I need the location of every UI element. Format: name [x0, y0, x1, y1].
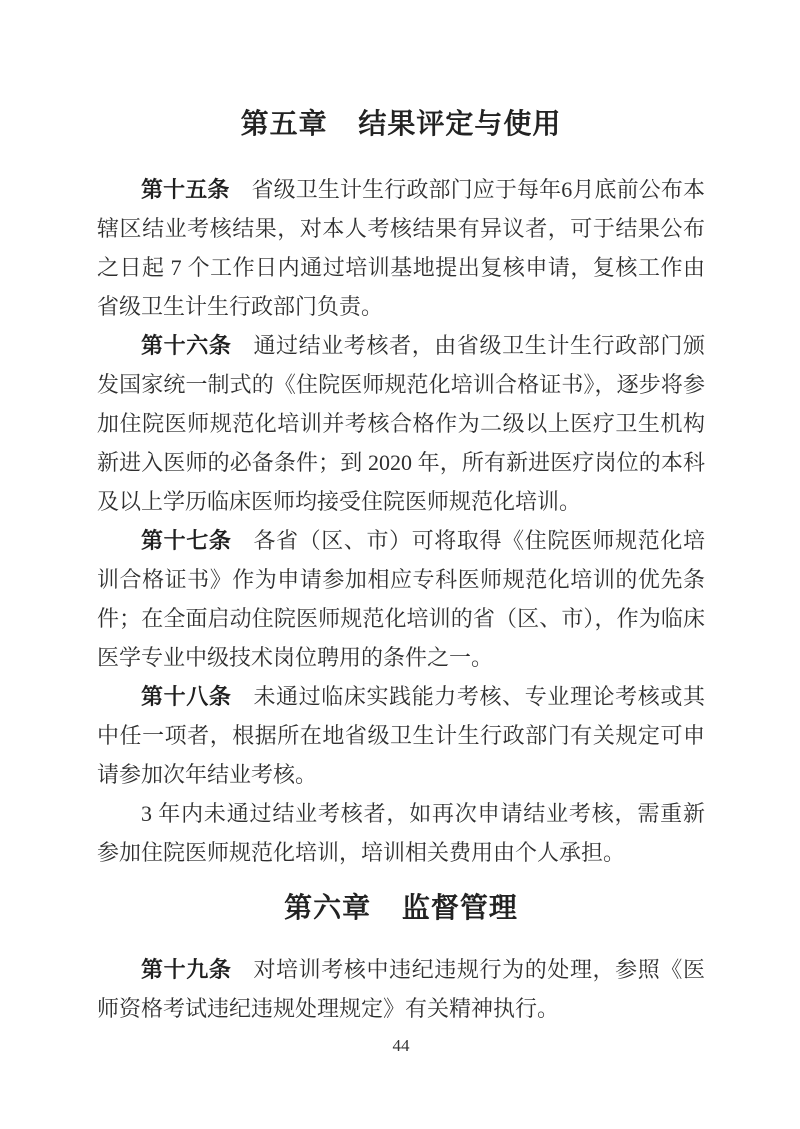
chapter-6-section: 第六章监督管理 第十九条对培训考核中违纪违规行为的处理，参照《医师资格考试违纪违…: [97, 888, 705, 1028]
article-18-paragraph: 第十八条未通过临床实践能力考核、专业理论考核或其中任一项者，根据所在地省级卫生计…: [97, 677, 705, 794]
page-number: 44: [97, 1034, 705, 1058]
page-footer: 44: [97, 1034, 705, 1058]
article-17-paragraph: 第十七条各省（区、市）可将取得《住院医师规范化培训合格证书》作为申请参加相应专科…: [97, 521, 705, 677]
article-18-label: 第十八条: [141, 684, 231, 709]
chapter-5-number: 第五章: [241, 108, 328, 139]
article-15-label: 第十五条: [141, 177, 230, 202]
article-17-label: 第十七条: [141, 528, 231, 553]
article-16-paragraph: 第十六条通过结业考核者，由省级卫生计生行政部门颁发国家统一制式的《住院医师规范化…: [97, 326, 705, 521]
article-16-label: 第十六条: [141, 333, 231, 358]
chapter-5-section: 第五章结果评定与使用 第十五条省级卫生计生行政部门应于每年6月底前公布本辖区结业…: [97, 104, 705, 872]
chapter-6-title: 监督管理: [402, 892, 518, 923]
chapter-5-heading: 第五章结果评定与使用: [97, 104, 705, 144]
document-page: 第五章结果评定与使用 第十五条省级卫生计生行政部门应于每年6月底前公布本辖区结业…: [0, 0, 800, 1129]
article-18-continuation-paragraph: 3 年内未通过结业考核者，如再次申请结业考核，需重新参加住院医师规范化培训，培训…: [97, 794, 705, 872]
article-15-paragraph: 第十五条省级卫生计生行政部门应于每年6月底前公布本辖区结业考核结果，对本人考核结…: [97, 170, 705, 326]
article-16-text: 通过结业考核者，由省级卫生计生行政部门颁发国家统一制式的《住院医师规范化培训合格…: [97, 333, 705, 514]
chapter-5-title: 结果评定与使用: [358, 108, 561, 139]
article-19-paragraph: 第十九条对培训考核中违纪违规行为的处理，参照《医师资格考试违纪违规处理规定》有关…: [97, 950, 705, 1028]
chapter-6-heading: 第六章监督管理: [97, 888, 705, 928]
article-19-label: 第十九条: [141, 957, 231, 982]
chapter-6-number: 第六章: [284, 892, 371, 923]
